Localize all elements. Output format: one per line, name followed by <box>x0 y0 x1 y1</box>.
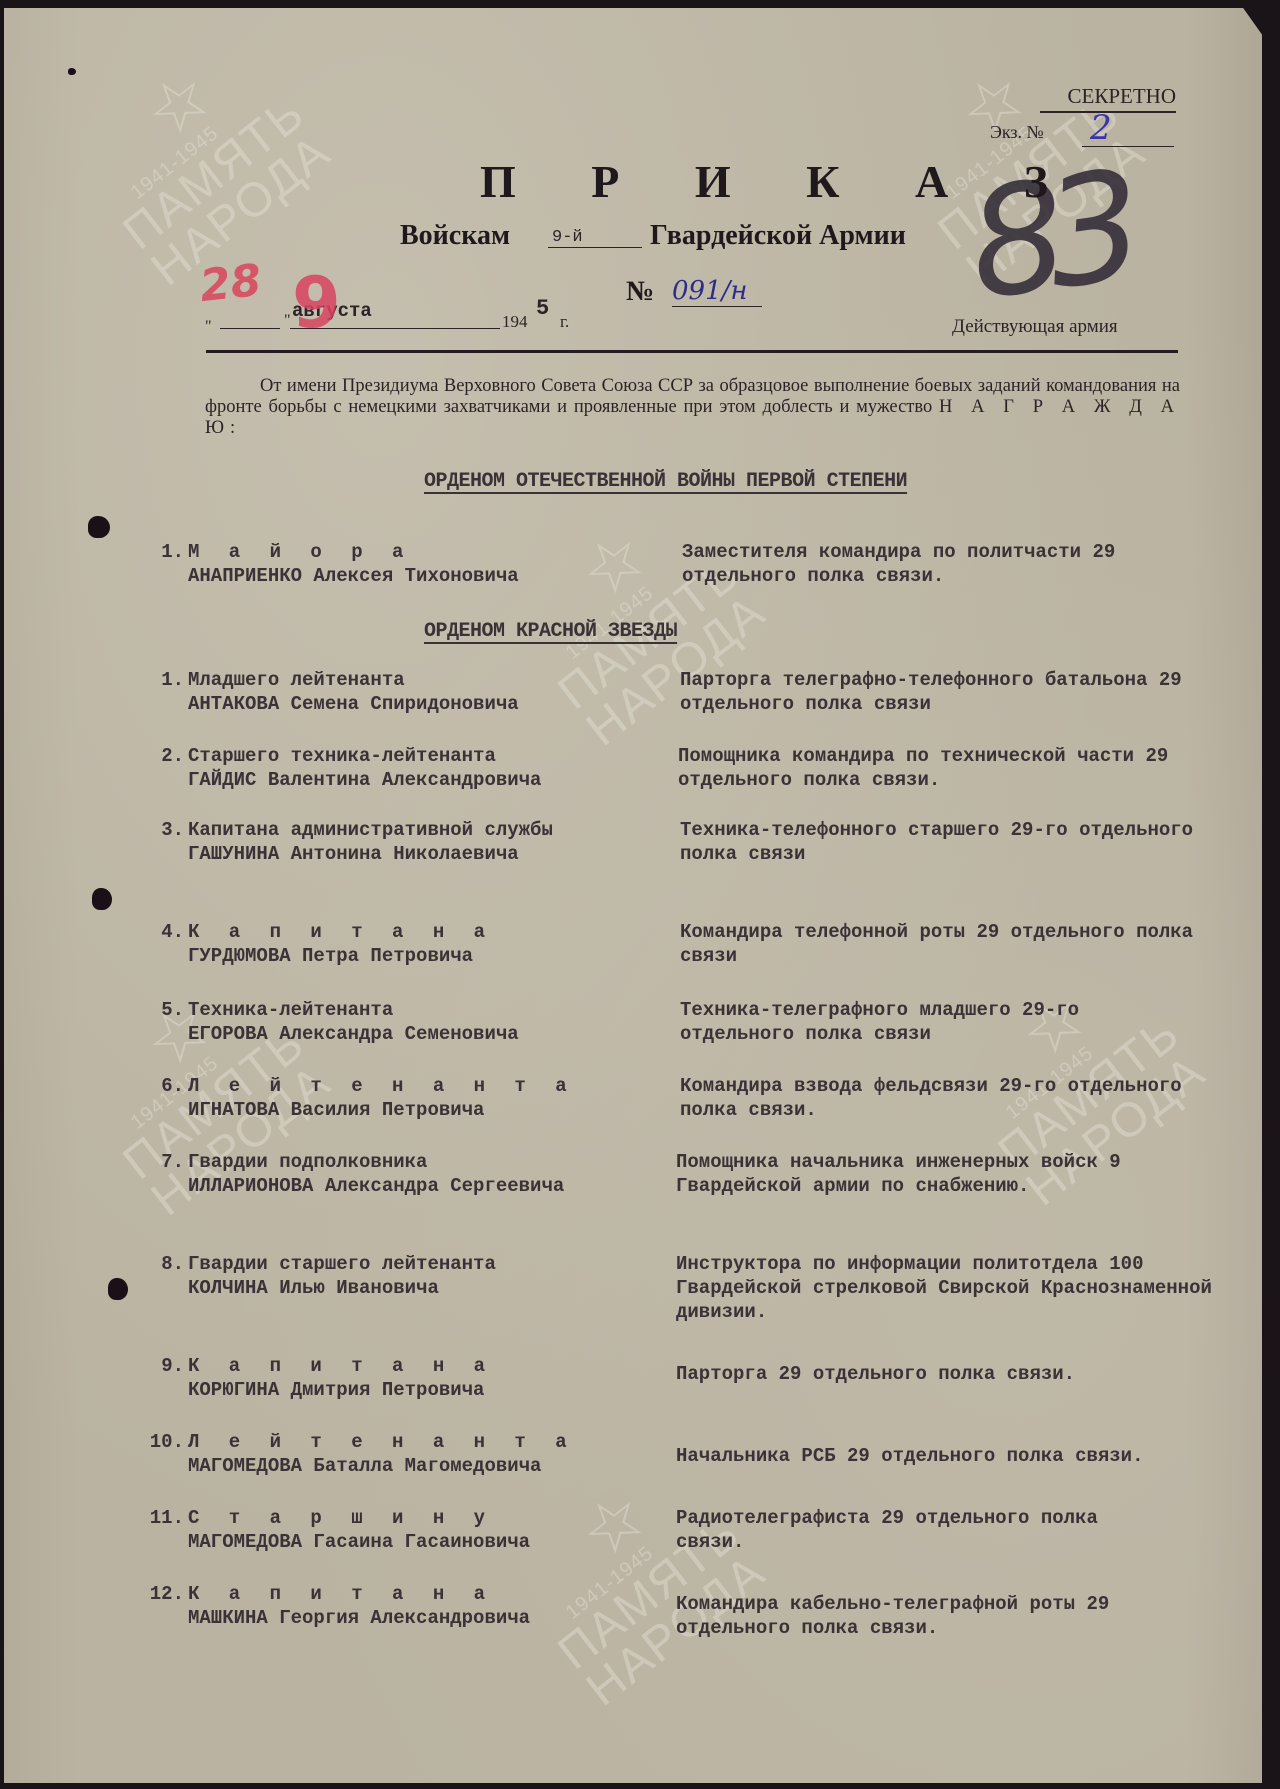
entry-number: 5. <box>130 998 184 1022</box>
punch-hole <box>92 888 112 910</box>
entry-name: КОРЮГИНА Дмитрия Петровича <box>188 1378 678 1402</box>
entry-name: КОЛЧИНА Илью Ивановича <box>188 1276 678 1300</box>
entry-name: МАШКИНА Георгия Александровича <box>188 1606 678 1630</box>
punch-hole <box>68 68 76 75</box>
entry-position: Радиотелеграфиста 29 отдельного полка св… <box>676 1506 1156 1554</box>
entry-name: АНАПРИЕНКО Алексея Тихоновича <box>188 564 678 588</box>
entry-rank: Л е й т е н а н т а <box>188 1074 678 1098</box>
entry-name: АНТАКОВА Семена Спиридоновича <box>188 692 678 716</box>
order-number: 091/н <box>672 276 762 307</box>
entry-name: ГАШУНИНА Антонина Николаевича <box>188 842 628 866</box>
entry-rank: Техника-лейтенанта <box>188 998 678 1022</box>
entry-number: 3. <box>130 818 184 842</box>
entry-number: 10. <box>130 1430 184 1454</box>
entry-name: МАГОМЕДОВА Баталла Магомедовича <box>188 1454 678 1478</box>
entry-number: 2. <box>130 744 184 768</box>
entry-name: МАГОМЕДОВА Гасаина Гасаиновича <box>188 1530 678 1554</box>
entry-name: ГАЙДИС Валентина Александровича <box>188 768 678 792</box>
watermark: ☆ 1941-1945 ПАМЯТЬ НАРОДА <box>564 566 776 753</box>
entry-position: Командира кабельно-телеграфной роты 29 о… <box>676 1592 1216 1640</box>
date-year-prefix: 194 <box>502 312 528 332</box>
entry-name: ГУРДЮМОВА Петра Петровича <box>188 944 678 968</box>
entry-position: Заместителя командира по политчасти 29 о… <box>682 540 1212 588</box>
entry-number: 12. <box>130 1582 184 1606</box>
entry-number: 1. <box>130 668 184 692</box>
entry-rank: Гвардии старшего лейтенанта <box>188 1252 678 1276</box>
entry-name: ИЛЛАРИОНОВА Александра Сергеевича <box>188 1174 628 1198</box>
entry-rank: Младшего лейтенанта <box>188 668 678 692</box>
entry-rank: Гвардии подполковника <box>188 1150 628 1174</box>
army-number: 9-й <box>548 228 642 248</box>
entry-number: 7. <box>130 1150 184 1174</box>
entry-number: 11. <box>130 1506 184 1530</box>
entry-name: ИГНАТОВА Василия Петровича <box>188 1098 678 1122</box>
section-heading: ОРДЕНОМ ОТЕЧЕСТВЕННОЙ ВОЙНЫ ПЕРВОЙ СТЕПЕ… <box>424 470 907 493</box>
entry-position: Инструктора по информации политотдела 10… <box>676 1252 1246 1324</box>
entry-position: Командира телефонной роты 29 отдельного … <box>680 920 1200 968</box>
entry-number: 9. <box>130 1354 184 1378</box>
entry-rank: М а й о р а <box>188 540 678 564</box>
section-heading: ОРДЕНОМ КРАСНОЙ ЗВЕЗДЫ <box>424 620 677 643</box>
entry-rank: К а п и т а н а <box>188 1354 678 1378</box>
order-number-label: № <box>626 276 654 308</box>
entry-rank: Старшего техника-лейтенанта <box>188 744 678 768</box>
entry-number: 6. <box>130 1074 184 1098</box>
copy-number-label: Экз. № <box>990 122 1044 143</box>
date-year-suffix: г. <box>560 312 569 332</box>
location-label: Действующая армия <box>952 316 1118 338</box>
entry-position: Техника-телеграфного младшего 29-го отде… <box>680 998 1200 1046</box>
entry-rank: К а п и т а н а <box>188 920 678 944</box>
document-title: П Р И К А З <box>480 155 1080 208</box>
date-year-digit: 5 <box>536 296 549 321</box>
punch-hole <box>108 1278 128 1300</box>
entry-rank: С т а р ш и н у <box>188 1506 678 1530</box>
punch-hole <box>88 516 110 538</box>
star-icon: ☆ <box>132 20 273 151</box>
entry-position: Парторга 29 отдельного полка связи. <box>676 1362 1246 1386</box>
entry-name: ЕГОРОВА Александра Семеновича <box>188 1022 678 1046</box>
entry-number: 8. <box>130 1252 184 1276</box>
entry-rank: Капитана административной службы <box>188 818 628 842</box>
entry-position: Техника-телефонного старшего 29-го отдел… <box>680 818 1200 866</box>
preamble: От имени Президиума Верховного Совета Со… <box>205 376 1180 439</box>
entry-position: Начальника РСБ 29 отдельного полка связи… <box>676 1444 1186 1468</box>
entry-rank: К а п и т а н а <box>188 1582 678 1606</box>
header-divider <box>206 350 1178 353</box>
entry-position: Парторга телеграфно-телефонного батальон… <box>680 668 1200 716</box>
date-open-quote: " <box>205 318 212 336</box>
entry-number: 1. <box>130 540 184 564</box>
handwritten-day-crossed: 28 <box>198 255 264 312</box>
entry-number: 4. <box>130 920 184 944</box>
handwritten-day: 9 <box>292 262 341 344</box>
subtitle-suffix: Гвардейской Армии <box>650 220 906 252</box>
date-day-underline <box>220 328 280 329</box>
subtitle-prefix: Войскам <box>400 220 510 252</box>
entry-rank: Л е й т е н а н т а <box>188 1430 678 1454</box>
entry-position: Командира взвода фельдсвязи 29-го отдель… <box>680 1074 1200 1122</box>
entry-position: Помощника командира по технической части… <box>678 744 1198 792</box>
entry-position: Помощника начальника инженерных войск 9 … <box>676 1150 1186 1198</box>
